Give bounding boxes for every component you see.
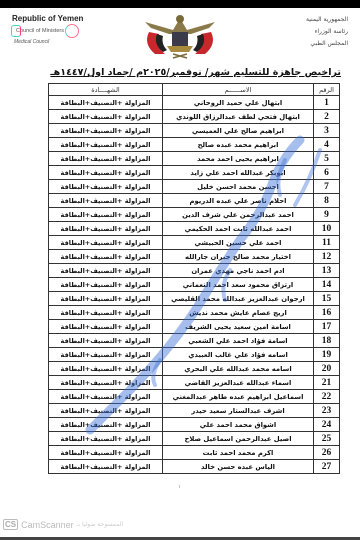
row-certificate: المزاولة +التصنيف+البطاقة (49, 110, 163, 124)
row-number: 13 (314, 264, 340, 278)
row-name: ابراهيم صالح علي العميسي (163, 124, 314, 138)
header-english-line1: Republic of Yemen (12, 14, 122, 23)
row-number: 12 (314, 250, 340, 264)
row-certificate: المزاولة +التصنيف+البطاقة (49, 348, 163, 362)
row-certificate: المزاولة +التصنيف+البطاقة (49, 334, 163, 348)
row-name: احسن محمد احسن خليل (163, 180, 314, 194)
table-header-row: الرقم الاســــــم الشهــــادة (49, 84, 340, 96)
row-name: اسماء عبدالله عبدالعزيز القاضي (163, 376, 314, 390)
table-row: 17اسامة امين سعيد يحيى الشريفالمزاولة +ا… (49, 320, 340, 334)
licenses-table: الرقم الاســــــم الشهــــادة 1ابتهال عل… (48, 83, 340, 474)
table-row: 4ابراهيم محمد عبده صالحالمزاولة +التصنيف… (49, 138, 340, 152)
row-certificate: المزاولة +التصنيف+البطاقة (49, 250, 163, 264)
row-certificate: المزاولة +التصنيف+البطاقة (49, 278, 163, 292)
table-row: 21اسماء عبدالله عبدالعزيز القاضيالمزاولة… (49, 376, 340, 390)
table-row: 23اشرف عبدالستار سعيد حيدرالمزاولة +التص… (49, 404, 340, 418)
row-certificate: المزاولة +التصنيف+البطاقة (49, 208, 163, 222)
row-name: ارجوان عبدالعزيز عبدالله محمد القليصي (163, 292, 314, 306)
row-certificate: المزاولة +التصنيف+البطاقة (49, 320, 163, 334)
table-row: 22اسماعيل ابراهيم عبده طاهر عبدالمغنيالم… (49, 390, 340, 404)
row-number: 18 (314, 334, 340, 348)
table-row: 9احمد عبدالرحمن علي شرف الدينالمزاولة +ا… (49, 208, 340, 222)
row-number: 25 (314, 432, 340, 446)
table-row: 14ارتزاق محمود سعد احمد النعمانيالمزاولة… (49, 278, 340, 292)
table-row: 13ادم احمد ناجي مهدي عمرانالمزاولة +التص… (49, 264, 340, 278)
row-name: اشرف عبدالستار سعيد حيدر (163, 404, 314, 418)
column-header-number: الرقم (314, 84, 340, 96)
row-name: اكرم محمد احمد ثابت (163, 446, 314, 460)
header-arabic-line2: رئاسة الوزراء (306, 26, 348, 38)
row-number: 14 (314, 278, 340, 292)
row-name: ابراهيم محمد عبده صالح (163, 138, 314, 152)
row-certificate: المزاولة +التصنيف+البطاقة (49, 96, 163, 110)
row-name: اصيل عبدالرحمن اسماعيل صلاح (163, 432, 314, 446)
row-name: اشواق محمد احمد علي (163, 418, 314, 432)
table-row: 5ابراهيم يحيى احمد محمدالمزاولة +التصنيف… (49, 152, 340, 166)
table-row: 19اسامه فؤاد علي غالب العبيديالمزاولة +ا… (49, 348, 340, 362)
row-name: ابتهال فتحي لطف عبدالرزاق اللوندي (163, 110, 314, 124)
table-row: 25اصيل عبدالرحمن اسماعيل صلاحالمزاولة +ا… (49, 432, 340, 446)
row-name: ارتزاق محمود سعد احمد النعماني (163, 278, 314, 292)
row-name: ابتهال علي حميد الروحاني (163, 96, 314, 110)
tiktok-logo-icon (11, 25, 21, 37)
row-name: اسامه محمد عبدالله علي البحري (163, 362, 314, 376)
camscanner-name: CamScanner (21, 520, 74, 530)
table-row: 11احمد علي حسين الحبيشيالمزاولة +التصنيف… (49, 236, 340, 250)
header-arabic: الجمهورية اليمنية رئاسة الوزراء المجلس ا… (306, 14, 348, 50)
table-row: 12اختيار محمد صالح جبران جاراللهالمزاولة… (49, 250, 340, 264)
column-header-certificate: الشهــــادة (49, 84, 163, 96)
page-mark: ١ (178, 484, 181, 490)
row-number: 16 (314, 306, 340, 320)
row-number: 10 (314, 222, 340, 236)
row-number: 7 (314, 180, 340, 194)
row-certificate: المزاولة +التصنيف+البطاقة (49, 236, 163, 250)
row-number: 11 (314, 236, 340, 250)
table-row: 18اسامة فؤاد احمد علي الشعبيالمزاولة +ال… (49, 334, 340, 348)
row-number: 19 (314, 348, 340, 362)
row-name: اسامة امين سعيد يحيى الشريف (163, 320, 314, 334)
row-certificate: المزاولة +التصنيف+البطاقة (49, 362, 163, 376)
row-number: 24 (314, 418, 340, 432)
row-number: 8 (314, 194, 340, 208)
table-row: 16اريج عصام عايش محمد نديشالمزاولة +التص… (49, 306, 340, 320)
row-certificate: المزاولة +التصنيف+البطاقة (49, 404, 163, 418)
table-row: 26اكرم محمد احمد ثابتالمزاولة +التصنيف+ا… (49, 446, 340, 460)
row-name: احمد علي حسين الحبيشي (163, 236, 314, 250)
camscanner-arabic-label: الممسوحة ضوئيا بـ (77, 521, 124, 528)
header-arabic-line1: الجمهورية اليمنية (306, 14, 348, 26)
table-row: 2ابتهال فتحي لطف عبدالرزاق اللونديالمزاو… (49, 110, 340, 124)
document-title: تراخيص جاهزة للتسليم شهر/ نوفمبر/٢٠٢٥م /… (46, 67, 341, 78)
row-certificate: المزاولة +التصنيف+البطاقة (49, 376, 163, 390)
row-name: ابوبكر عبدالله احمد علي زايد (163, 166, 314, 180)
camscanner-logo-icon: CS (3, 519, 18, 530)
row-number: 15 (314, 292, 340, 306)
row-number: 1 (314, 96, 340, 110)
row-certificate: المزاولة +التصنيف+البطاقة (49, 152, 163, 166)
header-english-line3: Medical Council (12, 39, 122, 45)
row-name: اسماعيل ابراهيم عبده طاهر عبدالمغني (163, 390, 314, 404)
row-certificate: المزاولة +التصنيف+البطاقة (49, 138, 163, 152)
table-row: 1ابتهال علي حميد الروحانيالمزاولة +التصن… (49, 96, 340, 110)
row-number: 5 (314, 152, 340, 166)
table-row: 8احلام ناصر علي عبده الدريومالمزاولة +ال… (49, 194, 340, 208)
camscanner-footer: CS CamScanner الممسوحة ضوئيا بـ (3, 519, 123, 530)
row-certificate: المزاولة +التصنيف+البطاقة (49, 446, 163, 460)
row-name: احمد عبدالله ثابت احمد الحكيمي (163, 222, 314, 236)
row-number: 3 (314, 124, 340, 138)
table-row: 10احمد عبدالله ثابت احمد الحكيميالمزاولة… (49, 222, 340, 236)
row-name: اختيار محمد صالح جبران جارالله (163, 250, 314, 264)
row-name: الياس عبده حسن خالد (163, 460, 314, 474)
yemen-emblem-icon (137, 10, 223, 60)
table-row: 20اسامه محمد عبدالله علي البحريالمزاولة … (49, 362, 340, 376)
top-black-bar (0, 0, 360, 8)
row-certificate: المزاولة +التصنيف+البطاقة (49, 124, 163, 138)
tiktok-overlay-circle-icon (65, 24, 79, 38)
header-arabic-line3: المجلس الطبي (306, 38, 348, 50)
row-certificate: المزاولة +التصنيف+البطاقة (49, 432, 163, 446)
row-number: 20 (314, 362, 340, 376)
row-name: اسامة فؤاد احمد علي الشعبي (163, 334, 314, 348)
row-certificate: المزاولة +التصنيف+البطاقة (49, 460, 163, 474)
table-row: 15ارجوان عبدالعزيز عبدالله محمد القليصيا… (49, 292, 340, 306)
table-row: 7احسن محمد احسن خليلالمزاولة +التصنيف+ال… (49, 180, 340, 194)
row-certificate: المزاولة +التصنيف+البطاقة (49, 292, 163, 306)
table-row: 6ابوبكر عبدالله احمد علي زايدالمزاولة +ا… (49, 166, 340, 180)
row-certificate: المزاولة +التصنيف+البطاقة (49, 166, 163, 180)
row-certificate: المزاولة +التصنيف+البطاقة (49, 390, 163, 404)
row-certificate: المزاولة +التصنيف+البطاقة (49, 194, 163, 208)
row-number: 6 (314, 166, 340, 180)
row-name: احمد عبدالرحمن علي شرف الدين (163, 208, 314, 222)
row-number: 4 (314, 138, 340, 152)
row-number: 22 (314, 390, 340, 404)
table-row: 3ابراهيم صالح علي العميسيالمزاولة +التصن… (49, 124, 340, 138)
row-certificate: المزاولة +التصنيف+البطاقة (49, 222, 163, 236)
row-number: 21 (314, 376, 340, 390)
row-number: 27 (314, 460, 340, 474)
row-number: 2 (314, 110, 340, 124)
row-certificate: المزاولة +التصنيف+البطاقة (49, 418, 163, 432)
row-name: ادم احمد ناجي مهدي عمران (163, 264, 314, 278)
row-name: اسامه فؤاد علي غالب العبيدي (163, 348, 314, 362)
row-certificate: المزاولة +التصنيف+البطاقة (49, 264, 163, 278)
row-number: 26 (314, 446, 340, 460)
row-number: 9 (314, 208, 340, 222)
column-header-name: الاســــــم (163, 84, 314, 96)
row-number: 17 (314, 320, 340, 334)
row-number: 23 (314, 404, 340, 418)
row-name: اريج عصام عايش محمد نديش (163, 306, 314, 320)
row-certificate: المزاولة +التصنيف+البطاقة (49, 180, 163, 194)
table-row: 27الياس عبده حسن خالدالمزاولة +التصنيف+ا… (49, 460, 340, 474)
row-name: احلام ناصر علي عبده الدريوم (163, 194, 314, 208)
table-row: 24اشواق محمد احمد عليالمزاولة +التصنيف+ا… (49, 418, 340, 432)
row-name: ابراهيم يحيى احمد محمد (163, 152, 314, 166)
row-certificate: المزاولة +التصنيف+البطاقة (49, 306, 163, 320)
